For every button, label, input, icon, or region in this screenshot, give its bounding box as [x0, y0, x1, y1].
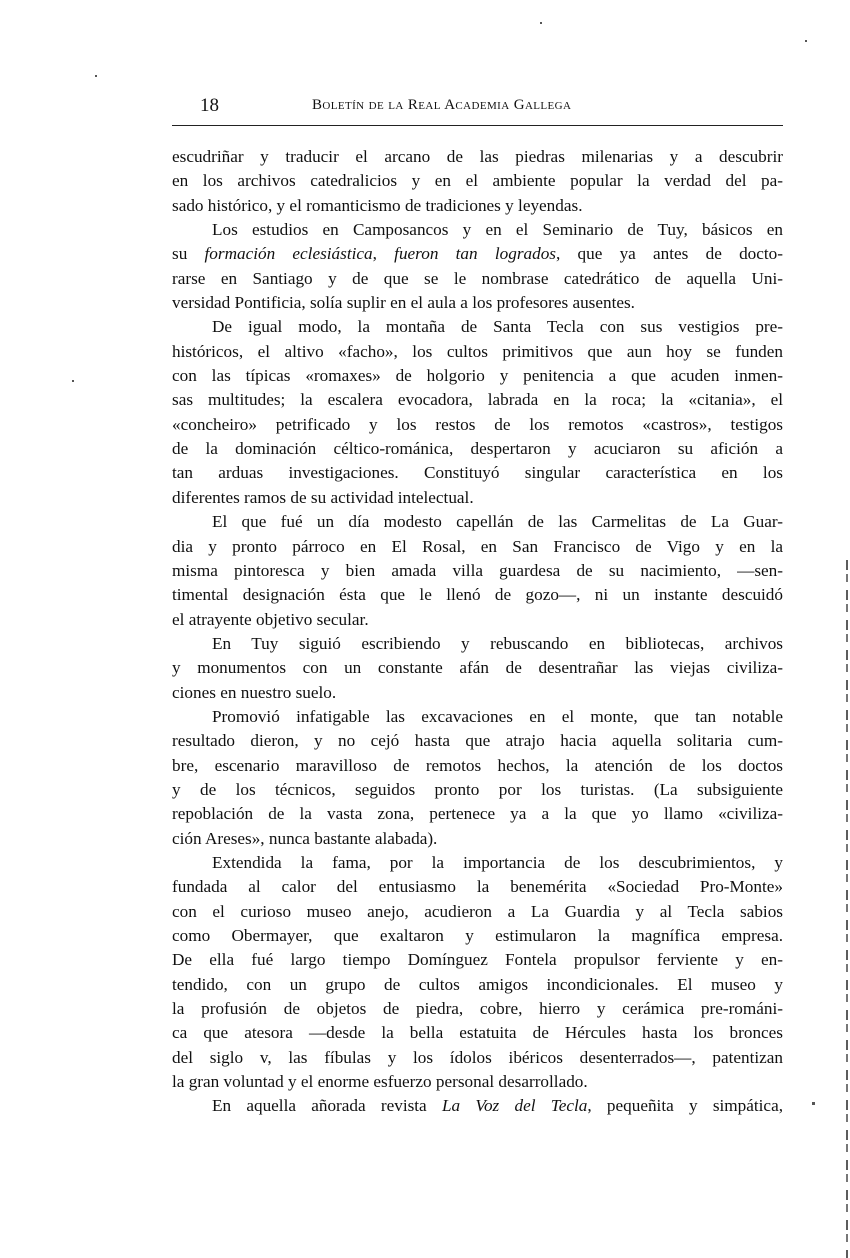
body-text: escudriñar y traducir el arcano de las p… [172, 145, 783, 1119]
scan-speck [805, 40, 807, 42]
italic-fragment: formación eclesiástica [205, 244, 373, 263]
paragraph: Promovió infatigable las excavaciones en… [172, 705, 783, 851]
scan-speck [812, 1102, 815, 1105]
text-fragment: su [172, 244, 205, 263]
text-line: bre, escenario maravilloso de remotos he… [172, 754, 783, 778]
text-line: y monumentos con un constante afán de de… [172, 656, 783, 680]
page-edge-shadow [846, 560, 848, 1258]
text-line: repoblación de la vasta zona, pertenece … [172, 802, 783, 826]
text-line: con las típicas «romaxes» de holgorio y … [172, 364, 783, 388]
header-rule [172, 125, 783, 126]
text-line: tan arduas investigaciones. Constituyó s… [172, 461, 783, 485]
text-fragment: , pequeñita y simpática, [587, 1096, 783, 1115]
paragraph: Los estudios en Camposancos y en el Semi… [172, 218, 783, 315]
page-header: 18 Boletín de la Real Academia Gallega [172, 93, 783, 119]
running-head: Boletín de la Real Academia Gallega [312, 97, 571, 114]
text-line: sas multitudes; la escalera evocadora, l… [172, 388, 783, 412]
text-line: De igual modo, la montaña de Santa Tecla… [172, 315, 783, 339]
text-line: versidad Pontificia, solía suplir en el … [172, 291, 783, 315]
text-line-with-italics: En aquella añorada revista La Voz del Te… [172, 1094, 783, 1118]
journal-title: La Voz del Tecla [442, 1096, 587, 1115]
text-line: la profusión de objetos de piedra, cobre… [172, 997, 783, 1021]
paragraph: escudriñar y traducir el arcano de las p… [172, 145, 783, 218]
italic-fragment: fueron tan logrados [394, 244, 556, 263]
paragraph: En aquella añorada revista La Voz del Te… [172, 1094, 783, 1118]
scan-speck [540, 22, 542, 24]
scanned-page: 18 Boletín de la Real Academia Gallega e… [0, 0, 850, 1258]
text-line: el atrayente objetivo secular. [172, 608, 783, 632]
text-line: ciones en nuestro suelo. [172, 681, 783, 705]
text-line: timental designación ésta que le llenó d… [172, 583, 783, 607]
text-line: sado histórico, y el romanticismo de tra… [172, 194, 783, 218]
text-line: tendido, con un grupo de cultos amigos i… [172, 973, 783, 997]
text-line: «concheiro» petrificado y los restos de … [172, 413, 783, 437]
text-line: diferentes ramos de su actividad intelec… [172, 486, 783, 510]
text-line: En Tuy siguió escribiendo y rebuscando e… [172, 632, 783, 656]
text-line: históricos, el altivo «facho», los culto… [172, 340, 783, 364]
paragraph: De igual modo, la montaña de Santa Tecla… [172, 315, 783, 510]
paragraph: En Tuy siguió escribiendo y rebuscando e… [172, 632, 783, 705]
text-line: de la dominación céltico-románica, despe… [172, 437, 783, 461]
text-line: con el curioso museo anejo, acudieron a … [172, 900, 783, 924]
paragraph: El que fué un día modesto capellán de la… [172, 510, 783, 632]
text-line: rarse en Santiago y de que se le nombras… [172, 267, 783, 291]
text-line: resultado dieron, y no cejó hasta que at… [172, 729, 783, 753]
text-fragment: , [373, 244, 395, 263]
text-line: la gran voluntad y el enorme esfuerzo pe… [172, 1070, 783, 1094]
text-line: El que fué un día modesto capellán de la… [172, 510, 783, 534]
scan-speck [95, 75, 97, 77]
text-line: ca que atesora —desde la bella estatuita… [172, 1021, 783, 1045]
text-line: escudriñar y traducir el arcano de las p… [172, 145, 783, 169]
text-line: fundada al calor del entusiasmo la benem… [172, 875, 783, 899]
text-line: De ella fué largo tiempo Domínguez Fonte… [172, 948, 783, 972]
text-line: misma pintoresca y bien amada villa guar… [172, 559, 783, 583]
text-line: Extendida la fama, por la importancia de… [172, 851, 783, 875]
text-line: y de los técnicos, seguidos pronto por l… [172, 778, 783, 802]
text-line: del siglo v, las fíbulas y los ídolos ib… [172, 1046, 783, 1070]
paragraph: Extendida la fama, por la importancia de… [172, 851, 783, 1094]
text-line: dia y pronto párroco en El Rosal, en San… [172, 535, 783, 559]
text-fragment: En aquella añorada revista [212, 1096, 442, 1115]
text-line: como Obermayer, que exaltaron y estimula… [172, 924, 783, 948]
text-fragment: , que ya antes de docto- [556, 244, 783, 263]
text-line: ción Areses», nunca bastante alabada). [172, 827, 783, 851]
text-line: Los estudios en Camposancos y en el Semi… [172, 218, 783, 242]
text-line-with-italics: su formación eclesiástica, fueron tan lo… [172, 242, 783, 266]
text-line: Promovió infatigable las excavaciones en… [172, 705, 783, 729]
text-line: en los archivos catedralicios y en el am… [172, 169, 783, 193]
page-number: 18 [200, 95, 219, 117]
scan-speck [72, 380, 74, 382]
